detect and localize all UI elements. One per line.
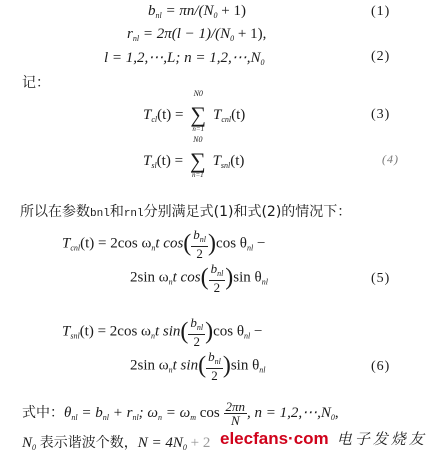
fraction: bnl2 bbox=[209, 262, 226, 294]
fraction: bnl2 bbox=[206, 350, 223, 382]
summation-symbol: N0 ∑ n=1 bbox=[187, 104, 209, 127]
equation-number-4: (4) bbox=[382, 152, 399, 167]
eq1-rhs: = πn/(N bbox=[165, 3, 213, 19]
where-line-2: N0 表示谐波个数，N = 4N0 + 2 bbox=[22, 432, 210, 452]
equation-number-5: (5) bbox=[371, 271, 390, 287]
intro-text: 所以在参数bnl和rnl分别满足式(1)和式(2)的情况下： bbox=[20, 201, 351, 221]
fraction: bnl2 bbox=[191, 228, 208, 260]
watermark-tld: com bbox=[294, 429, 329, 448]
equation-number-3: (3) bbox=[371, 107, 390, 123]
elecfans-watermark: elecfans·com 电子发烧友 bbox=[220, 428, 427, 449]
equation-1: bnl = πn/(N0 + 1) bbox=[148, 3, 246, 20]
note-label: 记： bbox=[22, 72, 50, 92]
equation-6-line-2: 2sin ωnt sin(bnl2)sin θnl bbox=[130, 350, 266, 382]
equation-2-line-1: rnl = 2π(l − 1)/(N0 + 1), bbox=[127, 26, 266, 43]
equation-5-line-2: 2sin ωnt cos(bnl2)sin θnl bbox=[130, 262, 268, 294]
where-line-1: 式中：θnl = bnl + rnl; ωn = ωm cos 2πnN, n … bbox=[22, 400, 339, 427]
equation-4: Tsl(t) = N0 ∑ n=1 Tsnl(t) bbox=[143, 150, 244, 173]
equation-2-line-2: l = 1,2,⋯,L; n = 1,2,⋯,N0 bbox=[104, 48, 265, 67]
equation-3: Tcl(t) = N0 ∑ n=1 Tcnl(t) bbox=[143, 104, 245, 127]
equation-6-line-1: Tsnl(t) = 2cos ωnt sin(bnl2)cos θnl − bbox=[62, 316, 263, 348]
fraction: 2πnN bbox=[224, 400, 248, 427]
fraction: bnl2 bbox=[188, 316, 205, 348]
equation-5-line-1: Tcnl(t) = 2cos ωnt cos(bnl2)cos θnl − bbox=[62, 228, 265, 260]
eq1-lhs: b bbox=[148, 3, 156, 19]
equation-number-1: (1) bbox=[371, 4, 390, 20]
watermark-brand: elecfans bbox=[220, 429, 288, 448]
equation-number-2: (2) bbox=[371, 49, 390, 65]
watermark-chinese: 电子发烧友 bbox=[337, 430, 427, 448]
summation-symbol: N0 ∑ n=1 bbox=[187, 150, 209, 173]
equation-number-6: (6) bbox=[371, 359, 390, 375]
